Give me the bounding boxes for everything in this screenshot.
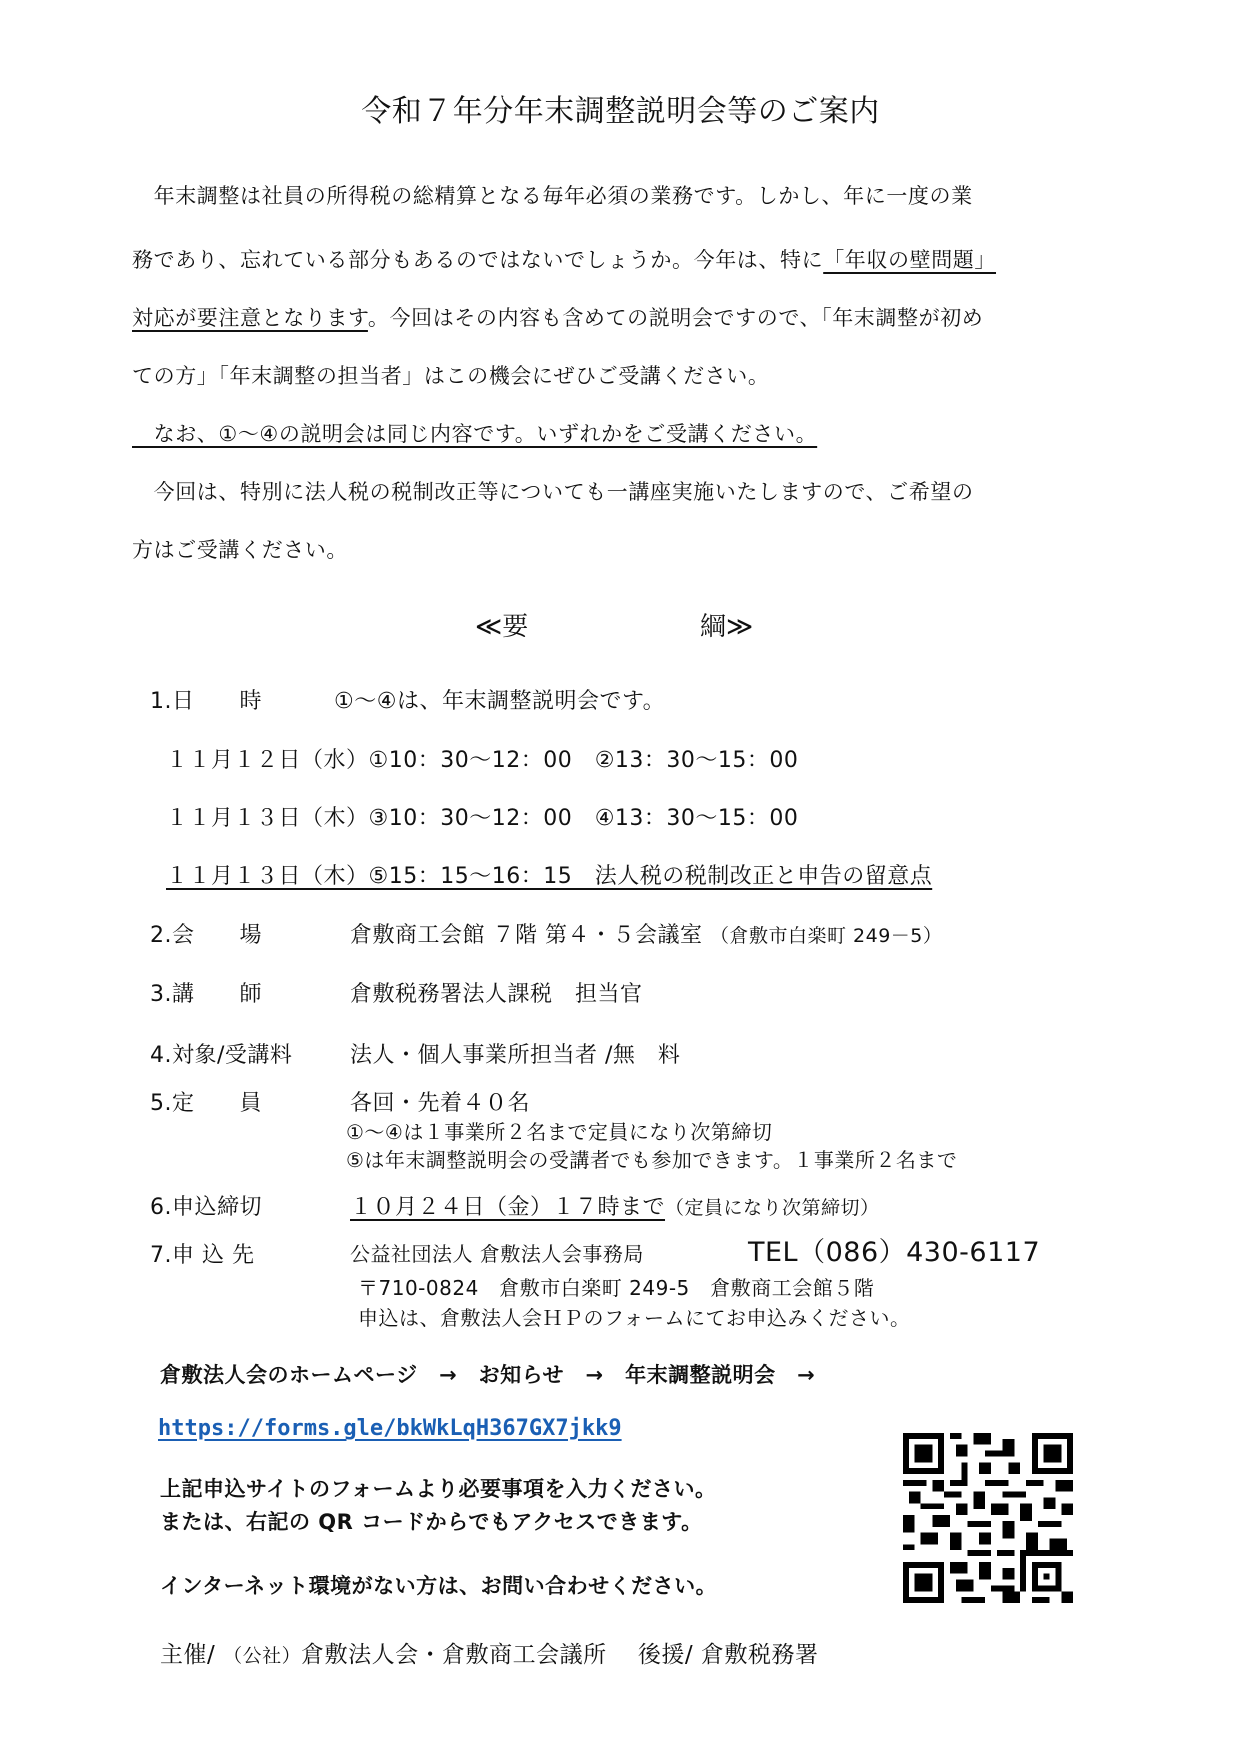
outline-heading-left: ≪要 [475,606,528,643]
support-name: 倉敷税務署 [701,1642,819,1668]
form-instruction-1: 上記申込サイトのフォームより必要事項を入力ください。 [160,1473,716,1503]
form-url-link[interactable]: https://forms.gle/bkWkLqH367GX7jkk9 [158,1416,622,1441]
intro-text: 務であり、忘れている部分もあるのではないでしょうか。今年は、特に [132,248,823,272]
intro-line-6: 今回は、特別に法人税の税制改正等についても一講座実施いたしますので、ご希望の [132,476,974,506]
intro-line-3: 対応が要注意となります。今回はその内容も含めての説明会ですので、「年末調整が初め [132,302,983,332]
host-name: 倉敷法人会・倉敷商工会議所 [301,1642,607,1668]
date-label: 1.日 時 [150,684,262,715]
deadline-value: １０月２４日（金）１７時まで（定員になり次第締切） [350,1190,880,1221]
capacity-note-2: ⑤は年末調整説明会の受講者でも参加できます。１事業所２名まで [346,1144,957,1173]
support-label: 後援/ [638,1642,693,1668]
apply-org: 公益社団法人 倉敷法人会事務局 [350,1238,644,1267]
intro-line-1: 年末調整は社員の所得税の総精算となる毎年必須の業務です。しかし、年に一度の業 [132,180,973,210]
session-row: １１月１２日（水）①10：30～12：00 ②13：30～15：00 [166,743,798,774]
lecturer-label: 3.講 師 [150,977,262,1008]
lecturer-value: 倉敷税務署法人課税 担当官 [350,977,643,1008]
intro-line-4: ての方」「年末調整の担当者」はこの機会にぜひご受講ください。 [132,360,770,390]
venue-name: 倉敷商工会館 ７階 第４・５会議室 [350,923,703,948]
date-note: ①～④は、年末調整説明会です。 [334,684,665,715]
intro-text: 。今回はその内容も含めての説明会ですので、「年末調整が初め [368,306,983,330]
host-small: （公社） [223,1645,301,1667]
highlight-income-wall: 「年収の壁問題」 [823,248,996,272]
apply-label: 7.申 込 先 [150,1238,254,1269]
apply-tel[interactable]: TEL（086）430-6117 [748,1230,1040,1269]
homepage-navigation: 倉敷法人会のホームページ → お知らせ → 年末調整説明会 → [160,1359,815,1389]
host-label: 主催/ [160,1642,215,1668]
apply-note: 申込は、倉敷法人会ＨＰのフォームにてお申込みください。 [358,1302,911,1331]
intro-line-7: 方はご受講ください。 [132,534,348,564]
apply-address: 〒710-0824 倉敷市白楽町 249-5 倉敷商工会館５階 [358,1272,874,1301]
page-title: 令和７年分年末調整説明会等のご案内 [0,86,1241,130]
qr-code-icon[interactable] [903,1433,1073,1603]
deadline-label: 6.申込締切 [150,1190,262,1221]
capacity-label: 5.定 員 [150,1086,262,1117]
session-row-corporate-tax: １１月１３日（木）⑤15：15～16：15 法人税の税制改正と申告の留意点 [166,859,932,890]
capacity-note-1: ①～④は１事業所２名まで定員になり次第締切 [346,1116,772,1145]
target-value: 法人・個人事業所担当者 /無 料 [350,1038,680,1069]
venue-value: 倉敷商工会館 ７階 第４・５会議室 （倉敷市白楽町 249－5） [350,918,942,949]
venue-address: （倉敷市白楽町 249－5） [710,925,942,947]
outline-heading-right: 綱≫ [700,606,753,643]
form-instruction-2: または、右記の QR コードからでもアクセスできます。 [160,1506,703,1536]
deadline-date: １０月２４日（金）１７時まで [350,1195,665,1220]
intro-line-2: 務であり、忘れている部分もあるのではないでしょうか。今年は、特に「年収の壁問題」 [132,244,996,274]
deadline-note: （定員になり次第締切） [665,1197,880,1219]
venue-label: 2.会 場 [150,918,262,949]
capacity-value: 各回・先着４０名 [350,1086,530,1117]
same-content-note: なお、①～④の説明会は同じ内容です。いずれかをご受講ください。 [132,418,817,448]
footer-organizers: 主催/ （公社）倉敷法人会・倉敷商工会議所 後援/ 倉敷税務署 [160,1636,818,1669]
highlight-attention: 対応が要注意となります [132,306,368,330]
no-internet-note: インターネット環境がない方は、お問い合わせください。 [160,1570,717,1600]
session-row: １１月１３日（木）③10：30～12：00 ④13：30～15：00 [166,801,798,832]
target-label: 4.対象/受講料 [150,1038,292,1069]
